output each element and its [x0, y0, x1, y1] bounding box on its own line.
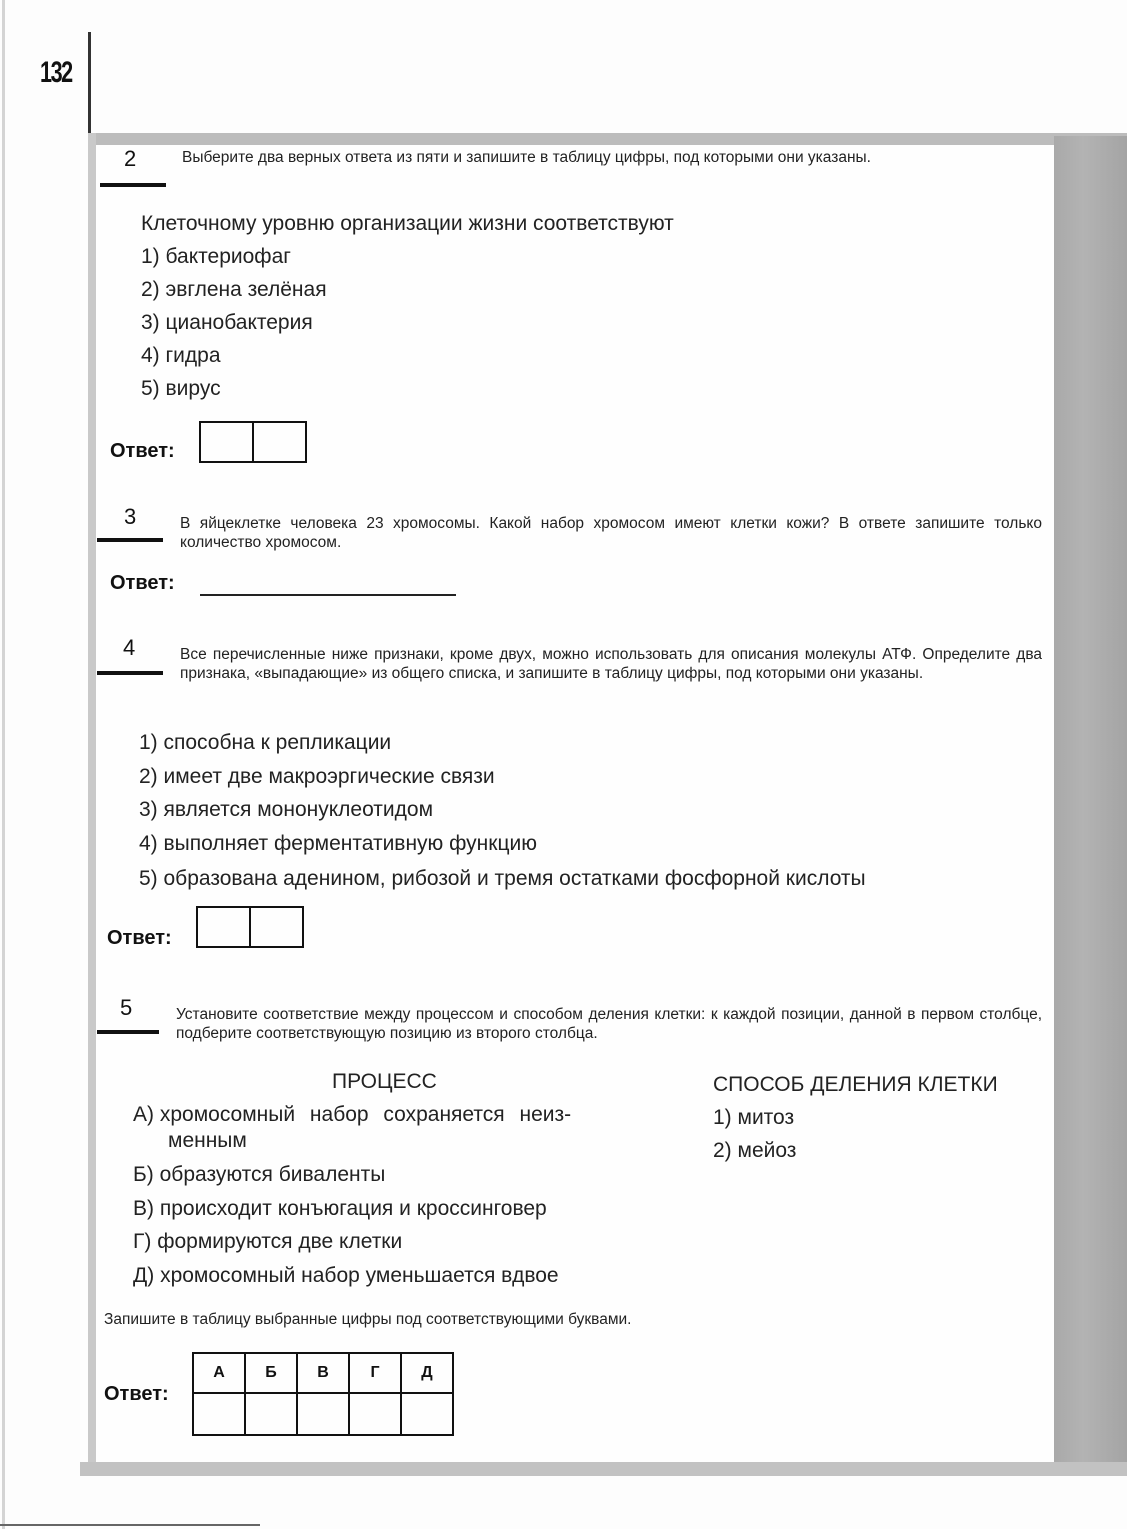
- answer-box: [199, 421, 307, 463]
- answer-cell-2[interactable]: [252, 423, 305, 461]
- answer-label: Ответ:: [110, 440, 175, 463]
- process-letter: А): [133, 1103, 154, 1126]
- header-cell-b: Б: [245, 1353, 297, 1393]
- answer-table-value-row: [193, 1393, 453, 1435]
- answer-label: Ответ:: [107, 927, 172, 950]
- question-number: 2: [124, 146, 136, 172]
- process-b: Б) образуются биваленты: [133, 1163, 385, 1187]
- question-number-underline: [97, 1030, 159, 1034]
- option-5: 5) вирус: [141, 377, 221, 401]
- option-5: 5) образована аденином, рибозой и тремя …: [139, 867, 866, 891]
- process-d: Д) хромосомный набор уменьшается вдвое: [133, 1264, 559, 1288]
- frame-bottom-border: [80, 1462, 1127, 1476]
- option-2: 2) имеет две макроэргические связи: [139, 765, 495, 789]
- method-1: 1) митоз: [713, 1106, 794, 1130]
- process-column-header: ПРОЦЕСС: [332, 1070, 437, 1094]
- frame-left-border: [88, 133, 96, 1475]
- process-letter: Г): [133, 1230, 151, 1253]
- answer-cell-2[interactable]: [249, 908, 302, 946]
- question-number: 3: [124, 504, 136, 530]
- answer-label: Ответ:: [104, 1383, 169, 1406]
- answer-label: Ответ:: [110, 572, 175, 595]
- process-text: формируются две клетки: [157, 1230, 402, 1253]
- page-number: 132: [40, 56, 72, 90]
- method-column-header: СПОСОБ ДЕЛЕНИЯ КЛЕТКИ: [713, 1073, 998, 1097]
- page-left-edge: [2, 0, 5, 1529]
- frame-top-border: [88, 133, 1127, 145]
- process-letter: Б): [133, 1163, 154, 1186]
- option-4: 4) выполняет ферментативную функцию: [139, 832, 537, 856]
- value-cell-d[interactable]: [401, 1393, 453, 1435]
- question-instruction: Все перечисленные ниже признаки, кроме д…: [180, 645, 1042, 683]
- header-cell-v: В: [297, 1353, 349, 1393]
- option-4: 4) гидра: [141, 344, 221, 368]
- table-instruction: Запишите в таблицу выбранные цифры под с…: [104, 1310, 864, 1329]
- value-cell-v[interactable]: [297, 1393, 349, 1435]
- question-instruction: Установите соответствие между процессом …: [176, 1005, 1042, 1043]
- process-text: образуются биваленты: [160, 1163, 386, 1186]
- option-1: 1) способна к репликации: [139, 731, 391, 755]
- option-3: 3) является мононуклеотидом: [139, 798, 433, 822]
- answer-table: А Б В Г Д: [192, 1352, 454, 1436]
- question-number: 5: [120, 995, 132, 1021]
- process-letter: Д): [133, 1264, 154, 1287]
- answer-table-header-row: А Б В Г Д: [193, 1353, 453, 1393]
- question-number-underline: [97, 671, 163, 675]
- answer-box: [196, 906, 304, 948]
- question-instruction: Выберите два верных ответа из пяти и зап…: [182, 148, 1048, 167]
- footer-rule: [0, 1524, 260, 1526]
- value-cell-b[interactable]: [245, 1393, 297, 1435]
- question-stem: Клеточному уровню организации жизни соот…: [141, 212, 674, 236]
- option-3: 3) цианобактерия: [141, 311, 313, 335]
- question-number-underline: [100, 183, 166, 187]
- value-cell-g[interactable]: [349, 1393, 401, 1435]
- answer-line-field[interactable]: [200, 594, 456, 596]
- frame-right-panel: [1054, 136, 1127, 1476]
- header-cell-a: А: [193, 1353, 245, 1393]
- header-cell-d: Д: [401, 1353, 453, 1393]
- header-rule: [88, 32, 91, 136]
- process-text: происходит конъюгация и кроссинговер: [160, 1197, 547, 1220]
- answer-cell-1[interactable]: [201, 423, 252, 461]
- option-2: 2) эвглена зелёная: [141, 278, 327, 302]
- value-cell-a[interactable]: [193, 1393, 245, 1435]
- method-2: 2) мейоз: [713, 1139, 796, 1163]
- question-number: 4: [123, 635, 135, 661]
- process-v: В) происходит конъюгация и кроссинговер: [133, 1197, 547, 1221]
- process-a-continuation: менным: [168, 1129, 247, 1153]
- process-text: хромосомный набор сохраняется неиз-: [160, 1103, 571, 1126]
- process-text: хромосомный набор уменьшается вдвое: [160, 1264, 559, 1287]
- process-g: Г) формируются две клетки: [133, 1230, 402, 1254]
- process-letter: В): [133, 1197, 154, 1220]
- question-number-underline: [97, 538, 163, 542]
- option-1: 1) бактериофаг: [141, 245, 291, 269]
- header-cell-g: Г: [349, 1353, 401, 1393]
- answer-cell-1[interactable]: [198, 908, 249, 946]
- question-instruction: В яйцеклетке человека 23 хромосомы. Како…: [180, 514, 1042, 552]
- process-a: А) хромосомный набор сохраняется неиз-: [133, 1103, 571, 1127]
